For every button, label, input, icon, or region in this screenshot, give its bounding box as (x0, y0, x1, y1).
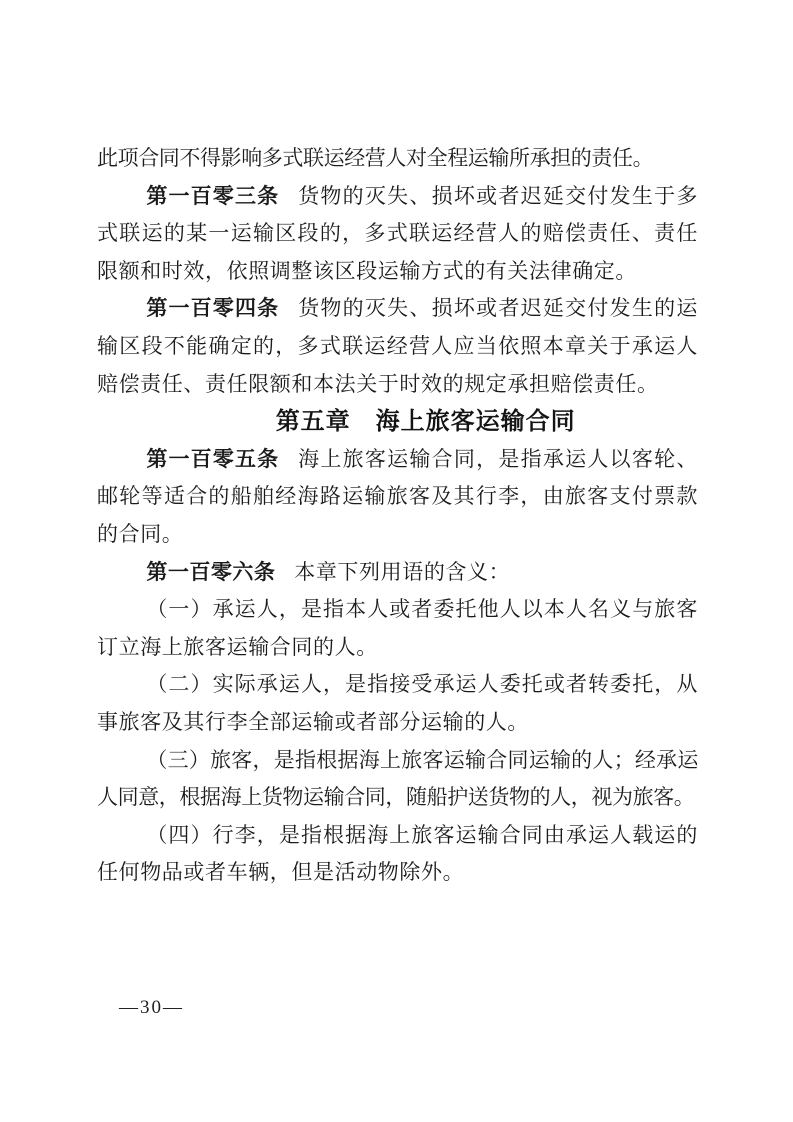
article-103-paragraph: 第一百零三条货物的灭失、损坏或者迟延交付发生于多式联运的某一运输区段的，多式联运… (97, 178, 698, 291)
article-106-number: 第一百零六条 (146, 561, 275, 584)
page-number: —30— (119, 997, 184, 1019)
article-105-number: 第一百零五条 (146, 448, 279, 471)
article-106-paragraph: 第一百零六条本章下列用语的含义： (97, 554, 698, 592)
paragraph-continuation-text: 此项合同不得影响多式联运经营人对全程运输所承担的责任。 (97, 146, 653, 170)
chapter-heading: 第五章 海上旅客运输合同 (97, 403, 698, 441)
article-104-number: 第一百零四条 (146, 297, 279, 320)
definition-item-3: （三）旅客，是指根据海上旅客运输合同运输的人；经承运人同意，根据海上货物运输合同… (97, 742, 698, 817)
definition-item-2: （二）实际承运人，是指接受承运人委托或者转委托，从事旅客及其行李全部运输或者部分… (97, 666, 698, 741)
paragraph-continuation: 此项合同不得影响多式联运经营人对全程运输所承担的责任。 (97, 140, 698, 178)
definition-item-4: （四）行李，是指根据海上旅客运输合同由承运人载运的任何物品或者车辆，但是活动物除… (97, 817, 698, 892)
document-page: 此项合同不得影响多式联运经营人对全程运输所承担的责任。 第一百零三条货物的灭失、… (0, 0, 793, 1122)
article-106-text: 本章下列用语的含义： (294, 560, 510, 584)
article-105-paragraph: 第一百零五条海上旅客运输合同，是指承运人以客轮、邮轮等适合的船舶经海路运输旅客及… (97, 441, 698, 554)
document-body: 此项合同不得影响多式联运经营人对全程运输所承担的责任。 第一百零三条货物的灭失、… (97, 140, 698, 892)
article-104-paragraph: 第一百零四条货物的灭失、损坏或者迟延交付发生的运输区段不能确定的，多式联运经营人… (97, 290, 698, 403)
definition-item-1: （一）承运人，是指本人或者委托他人以本人名义与旅客订立海上旅客运输合同的人。 (97, 591, 698, 666)
article-103-number: 第一百零三条 (146, 185, 279, 208)
